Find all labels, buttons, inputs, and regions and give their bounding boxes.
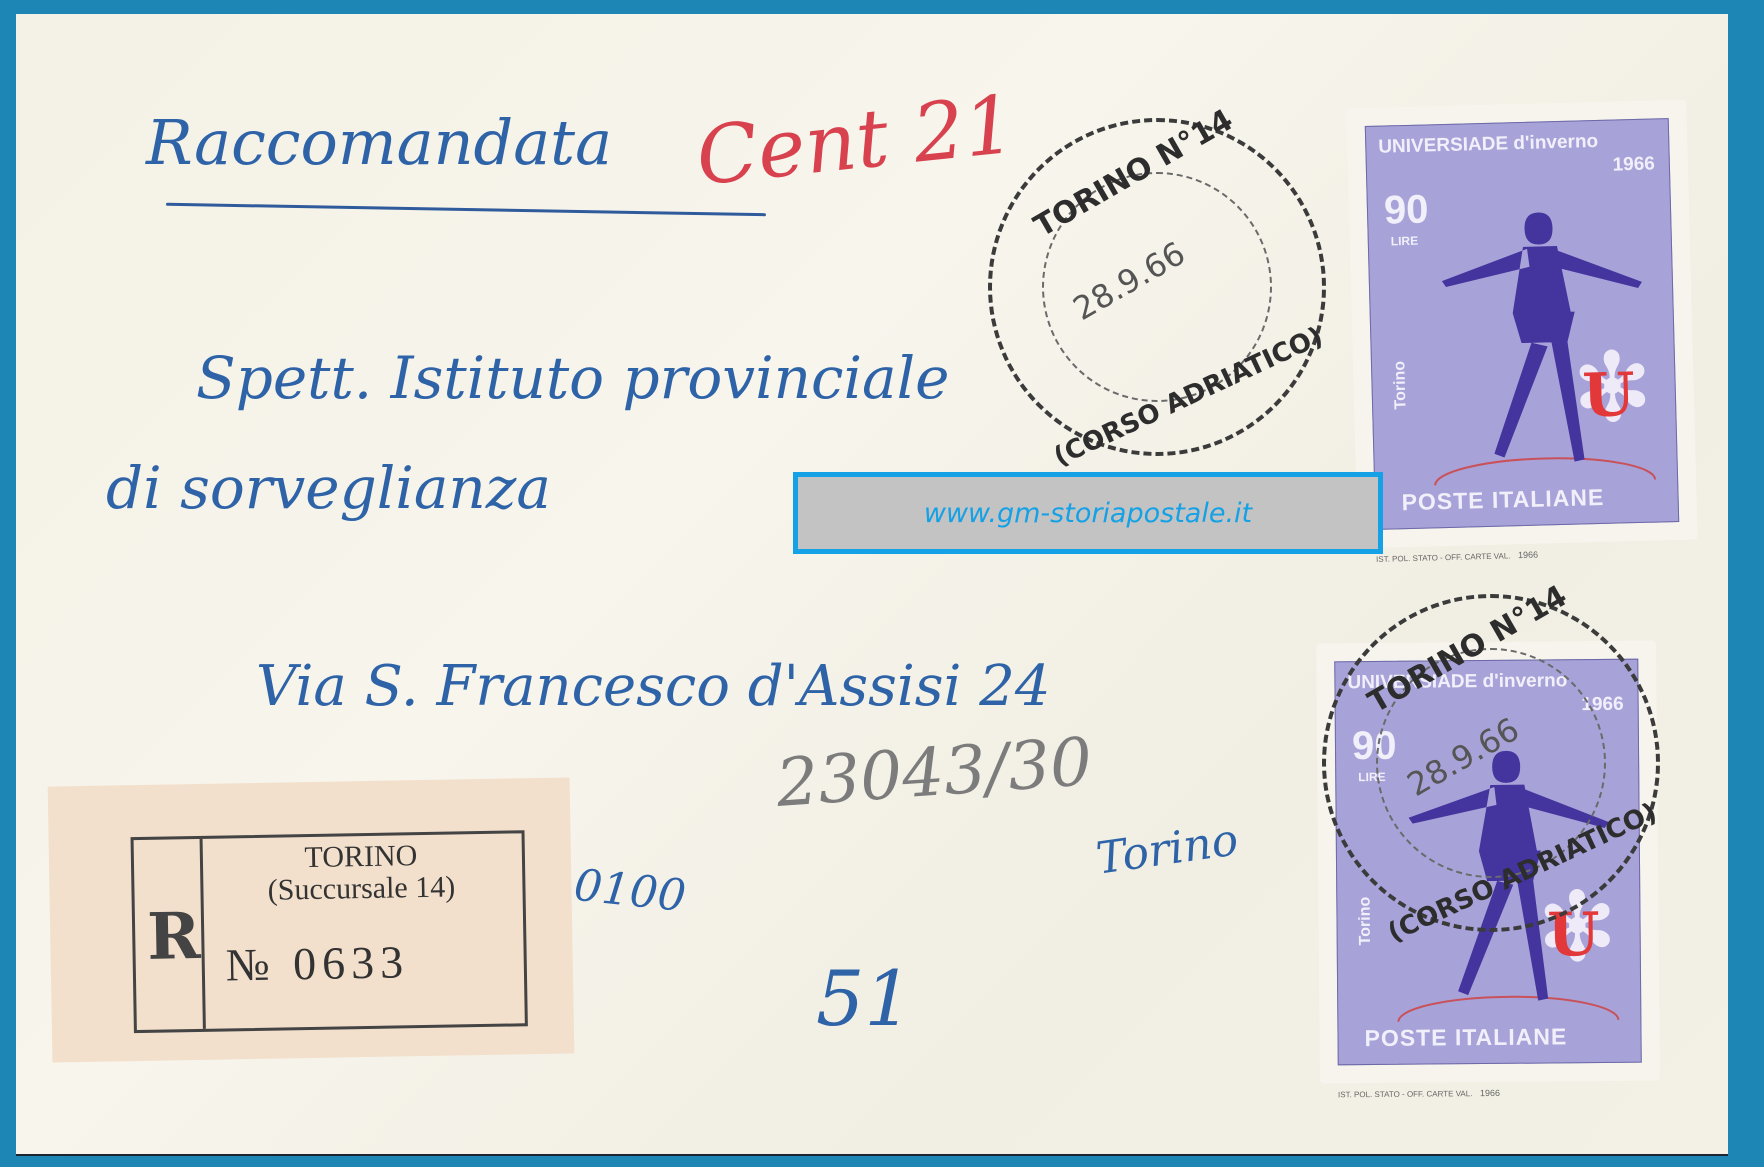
service-annotation: Raccomandata <box>146 106 612 179</box>
annotation-underline <box>166 203 766 216</box>
postmark-1: TORINO N°14 (CORSO ADRIATICO) 28.9.66 <box>988 118 1326 456</box>
address-line-2: di sorveglianza <box>106 454 551 522</box>
city-line: Torino <box>1093 814 1241 884</box>
registration-label: R TORINO (Succursale 14) № 0633 <box>48 777 575 1062</box>
address-line-3: Via S. Francesco d'Assisi 24 <box>256 654 1051 719</box>
fee-annotation: Cent 21 <box>692 78 1019 204</box>
watermark-banner: www.gm-storiapostale.it <box>793 472 1383 554</box>
stamp-1: UNIVERSIADE d'inverno 1966 90 LIRE Torin… <box>1346 100 1697 549</box>
envelope: Raccomandata Cent 21 Spett. Istituto pro… <box>16 14 1728 1154</box>
postmark-2: TORINO N°14 (CORSO ADRIATICO) 28.9.66 <box>1322 594 1660 932</box>
universiade-logo: U <box>1582 360 1636 431</box>
label-number: № 0633 <box>225 935 409 991</box>
label-branch: (Succursale 14) <box>200 869 523 909</box>
pencil-reference: 23043/30 <box>774 723 1095 822</box>
pencil-annotation: 51 <box>816 954 913 1043</box>
watermark-text: www.gm-storiapostale.it <box>924 498 1252 529</box>
address-line-1: Spett. Istituto provinciale <box>196 344 949 412</box>
registered-letter-r: R <box>147 899 201 975</box>
